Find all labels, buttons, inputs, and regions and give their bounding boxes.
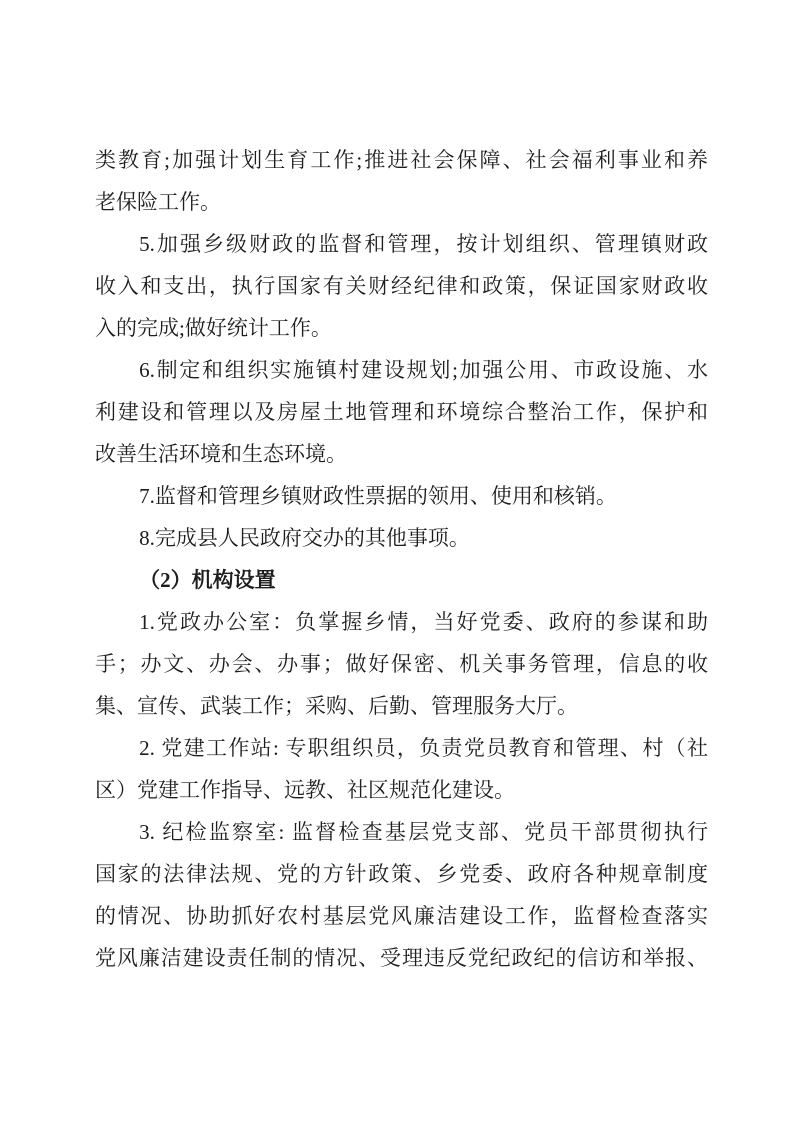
text-line: 1.党政办公室：负掌握乡情，当好党委、政府的参谋和助: [95, 601, 708, 643]
text-line: 入的完成;做好统计工作。: [95, 307, 708, 349]
paragraph-item-5: 5.加强乡级财政的监督和管理，按计划组织、管理镇财政 收入和支出，执行国家有关财…: [95, 223, 708, 349]
text-line: 手；办文、办会、办事；做好保密、机关事务管理，信息的收: [95, 643, 708, 685]
text-line: 的情况、协助抓好农村基层党风廉洁建设工作，监督检查落实: [95, 895, 708, 937]
paragraph-item-8: 8.完成县人民政府交办的其他事项。: [95, 517, 708, 559]
text-line: 7.监督和管理乡镇财政性票据的领用、使用和核销。: [95, 475, 708, 517]
document-body: 类教育;加强计划生育工作;推进社会保障、社会福利事业和养 老保险工作。 5.加强…: [95, 139, 708, 979]
text-line: 8.完成县人民政府交办的其他事项。: [95, 517, 708, 559]
paragraph-org-3: 3. 纪检监察室: 监督检查基层党支部、党员干部贯彻执行 国家的法律法规、党的方…: [95, 811, 708, 979]
text-line: 党风廉洁建设责任制的情况、受理违反党纪政纪的信访和举报、: [95, 937, 708, 979]
text-line: 类教育;加强计划生育工作;推进社会保障、社会福利事业和养: [95, 139, 708, 181]
text-line: 收入和支出，执行国家有关财经纪律和政策，保证国家财政收: [95, 265, 708, 307]
text-line: 集、宣传、武装工作；采购、后勤、管理服务大厅。: [95, 685, 708, 727]
paragraph-item-7: 7.监督和管理乡镇财政性票据的领用、使用和核销。: [95, 475, 708, 517]
paragraph-item-6: 6.制定和组织实施镇村建设规划;加强公用、市政设施、水 利建设和管理以及房屋土地…: [95, 349, 708, 475]
text-line: 区）党建工作指导、远教、社区规范化建设。: [95, 769, 708, 811]
paragraph-continued: 类教育;加强计划生育工作;推进社会保障、社会福利事业和养 老保险工作。: [95, 139, 708, 223]
section-heading: （2）机构设置: [95, 559, 708, 601]
text-line: 5.加强乡级财政的监督和管理，按计划组织、管理镇财政: [95, 223, 708, 265]
paragraph-org-1: 1.党政办公室：负掌握乡情，当好党委、政府的参谋和助 手；办文、办会、办事；做好…: [95, 601, 708, 727]
text-line: 3. 纪检监察室: 监督检查基层党支部、党员干部贯彻执行: [95, 811, 708, 853]
text-line: 国家的法律法规、党的方针政策、乡党委、政府各种规章制度: [95, 853, 708, 895]
text-line: 老保险工作。: [95, 181, 708, 223]
text-line: 6.制定和组织实施镇村建设规划;加强公用、市政设施、水: [95, 349, 708, 391]
heading-line: （2）机构设置: [95, 559, 708, 601]
text-line: 利建设和管理以及房屋土地管理和环境综合整治工作，保护和: [95, 391, 708, 433]
text-line: 改善生活环境和生态环境。: [95, 433, 708, 475]
document-page: 类教育;加强计划生育工作;推进社会保障、社会福利事业和养 老保险工作。 5.加强…: [0, 0, 793, 1122]
paragraph-org-2: 2. 党建工作站: 专职组织员，负责党员教育和管理、村（社 区）党建工作指导、远…: [95, 727, 708, 811]
text-line: 2. 党建工作站: 专职组织员，负责党员教育和管理、村（社: [95, 727, 708, 769]
